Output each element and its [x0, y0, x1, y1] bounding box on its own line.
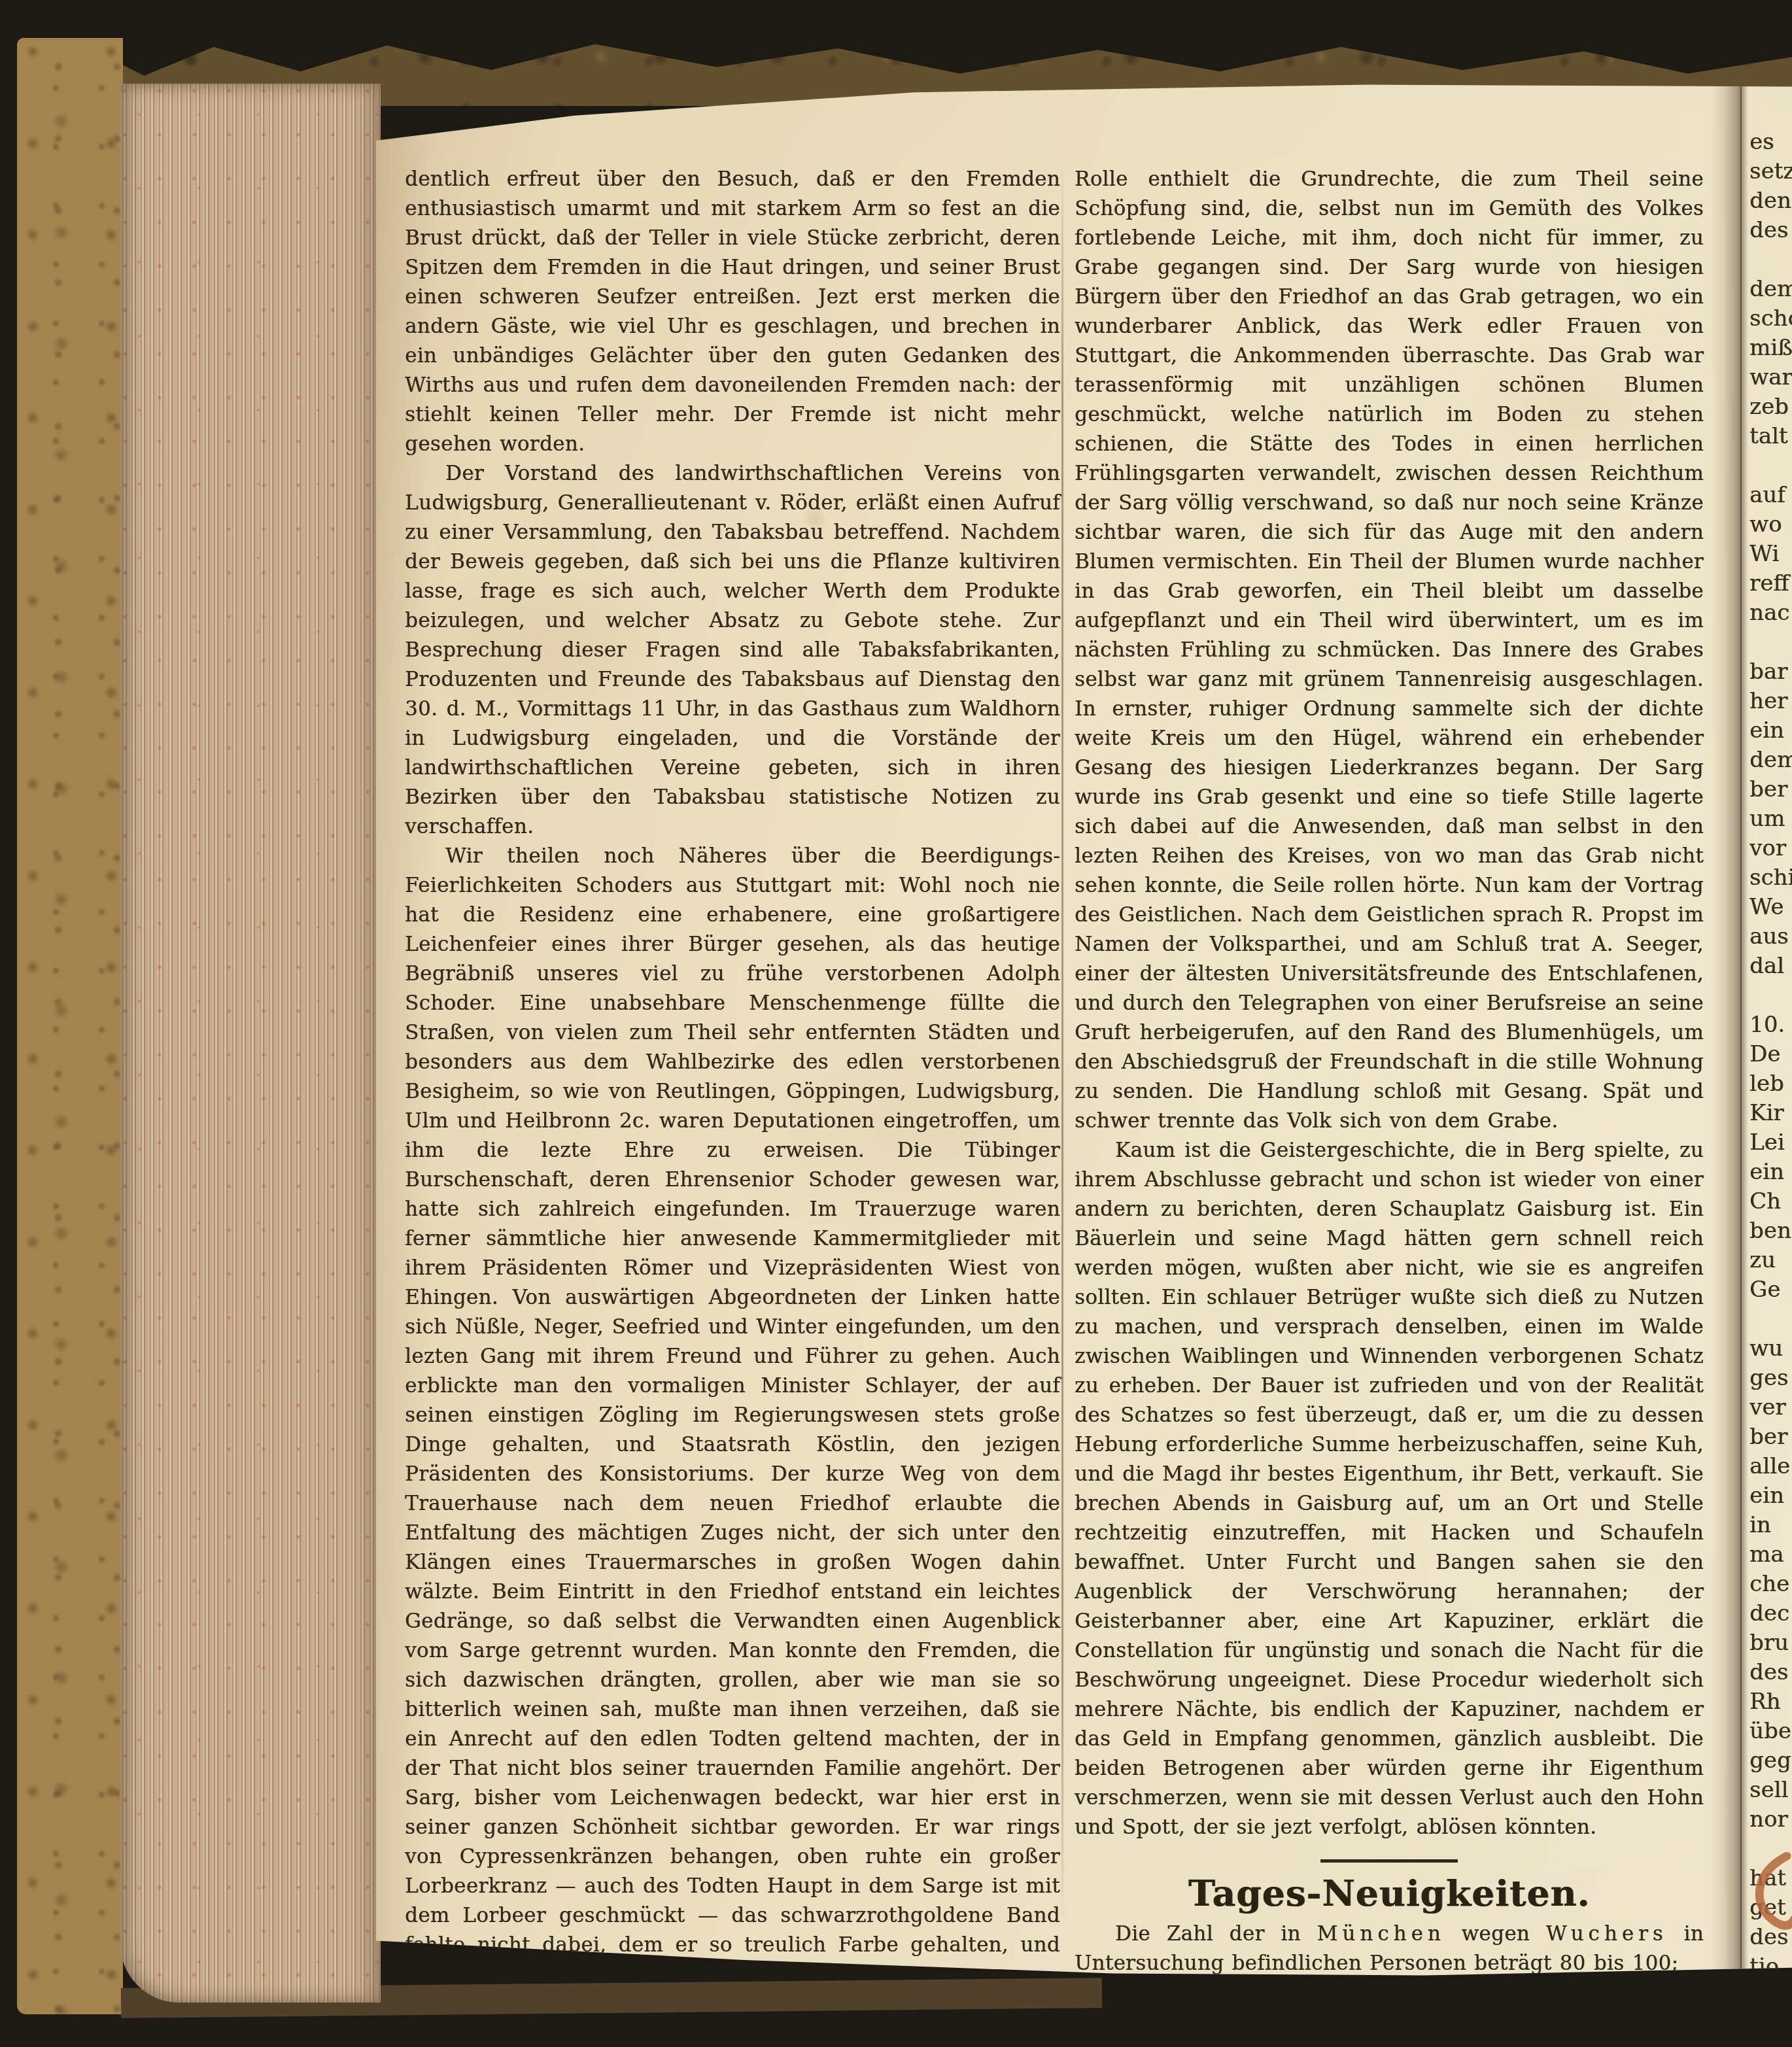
fragment-line: ges: [1749, 1364, 1792, 1393]
body-paragraph: Rolle enthielt die Grundrechte, die zum …: [1075, 165, 1704, 1136]
fragment-line: schi: [1749, 863, 1792, 893]
section-divider-rule: [1320, 1859, 1458, 1863]
fragment-line: scho: [1749, 304, 1792, 334]
fragment-line: war: [1749, 363, 1792, 392]
fragment-line: setze: [1749, 157, 1792, 186]
fragment-line: miß: [1749, 334, 1792, 363]
body-paragraph: Kaum ist die Geistergeschichte, die in B…: [1075, 1136, 1704, 1842]
fragment-line: ma: [1749, 1540, 1792, 1570]
column-rule: [1061, 157, 1063, 1923]
fragment-line: es: [1749, 128, 1792, 157]
fragment-line: sell: [1749, 1776, 1792, 1805]
fragment-line: dal: [1749, 952, 1792, 981]
fragment-line: wo: [1749, 510, 1792, 540]
book-page-fore-edges: [120, 84, 381, 2003]
fragment-line: zeb: [1749, 392, 1792, 422]
section-heading: Tages-Neuigkeiten.: [1075, 1878, 1704, 1908]
body-paragraph: Wir theilen noch Näheres über die Beerdi…: [405, 842, 1060, 1989]
fragment-line: wu: [1749, 1334, 1792, 1364]
fragment-line: zu: [1749, 1246, 1792, 1275]
fragment-line: Rh: [1749, 1687, 1792, 1717]
fragment-line: talt: [1749, 422, 1792, 451]
fragment-line: leb: [1749, 1069, 1792, 1099]
fragment-line: nac: [1749, 598, 1792, 628]
fragment-line: De: [1749, 1040, 1792, 1069]
fragment-line: Wi: [1749, 540, 1792, 569]
fragment-line: des: [1749, 1658, 1792, 1687]
newspaper-page: dentlich erfreut über den Besuch, daß er…: [376, 65, 1792, 1995]
page-fold-line: [1740, 85, 1742, 2021]
scan-background: dentlich erfreut über den Besuch, daß er…: [0, 0, 1792, 2047]
body-paragraph: dentlich erfreut über den Besuch, daß er…: [405, 165, 1060, 459]
fragment-line: Ch: [1749, 1187, 1792, 1216]
fragment-gap: [1749, 1305, 1792, 1334]
text-column-right: Rolle enthielt die Grundrechte, die zum …: [1075, 165, 1704, 1978]
news-text: Die Zahl der in: [1115, 1922, 1317, 1946]
fragment-line: reff: [1749, 569, 1792, 598]
fragment-line: in: [1749, 1511, 1792, 1540]
fragment-line: auf: [1749, 481, 1792, 510]
fragment-line: 10.: [1749, 1010, 1792, 1040]
fragment-line: ben: [1749, 1216, 1792, 1246]
fragment-line: des: [1749, 216, 1792, 245]
fragment-line: geg: [1749, 1746, 1792, 1776]
fragment-line: den: [1749, 186, 1792, 216]
fragment-line: um: [1749, 804, 1792, 834]
fragment-line: nor: [1749, 1805, 1792, 1834]
news-text-spaced: München: [1317, 1922, 1445, 1946]
news-item: Die Zahl der in München wegen Wuchers in…: [1075, 1919, 1704, 1978]
fragment-line: übe: [1749, 1717, 1792, 1746]
book-cover-spine-edge: [17, 38, 123, 2014]
body-paragraph: Der Vorstand des landwirthschaftlichen V…: [405, 459, 1060, 842]
fragment-line: Lei: [1749, 1128, 1792, 1158]
fragment-line: her: [1749, 687, 1792, 716]
fragment-gap: [1749, 981, 1792, 1010]
fragment-line: dec: [1749, 1599, 1792, 1628]
fragment-line: ber: [1749, 775, 1792, 804]
fragment-line: ber: [1749, 1422, 1792, 1452]
fragment-line: dem: [1749, 746, 1792, 775]
page-gutter-crease: [1710, 65, 1748, 1995]
fragment-line: Kir: [1749, 1099, 1792, 1128]
fragment-gap: [1749, 245, 1792, 275]
news-text-spaced: Wuchers: [1546, 1922, 1668, 1946]
fragment-gap: [1749, 451, 1792, 481]
fragment-line: dem: [1749, 275, 1792, 304]
fragment-line: Ge: [1749, 1275, 1792, 1305]
fragment-line: tio: [1749, 1952, 1792, 1982]
adjacent-page-text-fragment: essetzedendesdemschomißwarzebtaltaufwoWi…: [1749, 128, 1792, 1985]
fragment-line: ein: [1749, 716, 1792, 746]
fragment-line: aus: [1749, 922, 1792, 952]
fragment-line: We: [1749, 893, 1792, 922]
fragment-line: ein: [1749, 1158, 1792, 1187]
fragment-gap: [1749, 628, 1792, 657]
fragment-line: alle: [1749, 1452, 1792, 1481]
fragment-line: ein: [1749, 1481, 1792, 1511]
text-column-left: dentlich erfreut über den Besuch, daß er…: [405, 165, 1060, 1989]
fragment-line: ver: [1749, 1393, 1792, 1422]
fragment-line: vor: [1749, 834, 1792, 863]
news-text: wegen: [1445, 1922, 1546, 1946]
fragment-line: bar: [1749, 657, 1792, 687]
fragment-line: bru: [1749, 1628, 1792, 1658]
handwritten-ink-mark: [1749, 1852, 1792, 1938]
fragment-line: che: [1749, 1570, 1792, 1599]
